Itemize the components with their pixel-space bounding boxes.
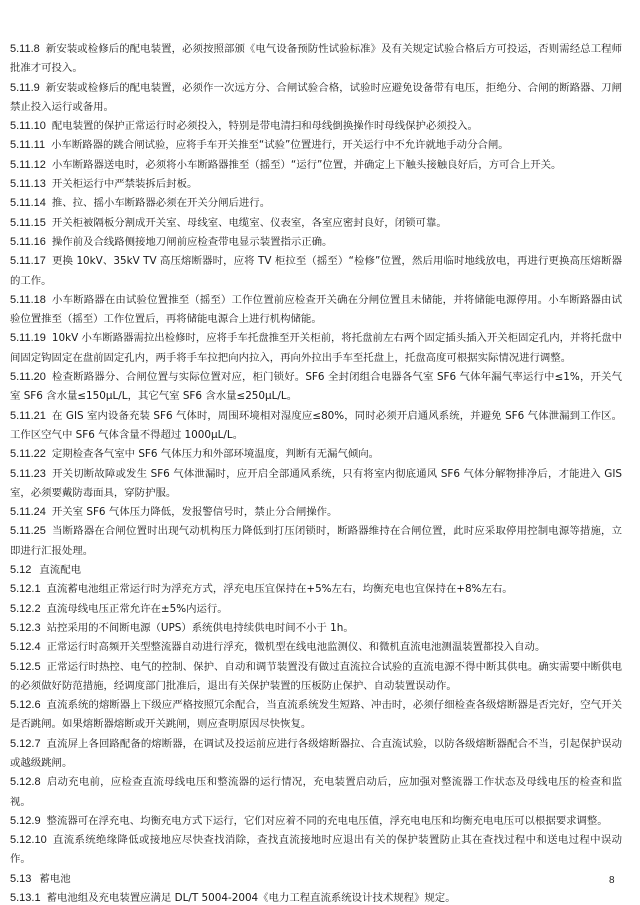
clause-5-11-15: 5.11.15开关柜被隔板分割成开关室、母线室、电缆室、仪表室，各室应密封良好，…	[10, 214, 622, 233]
clause-text: 当断路器在合闸位置时出现气动机构压力降低到打压闭锁时，断路器维持在合闸位置，此时…	[10, 525, 622, 556]
clause-5-11-25: 5.11.25当断路器在合闸位置时出现气动机构压力降低到打压闭锁时，断路器维持在…	[10, 522, 622, 561]
clause-text: 操作前及合线路侧接地刀闸前应检查带电显示装置指示正确。	[52, 236, 333, 248]
clause-number: 5.11.22	[10, 448, 46, 460]
clause-number: 5.11.8	[10, 43, 40, 55]
section-heading-5-13: 5.13蓄电池	[10, 870, 622, 889]
clause-text: 直流屏上各回路配备的熔断器，在调试及投运前应进行各级熔断器拉、合直流试验，以防各…	[10, 738, 622, 769]
clause-number: 5.11.23	[10, 468, 46, 480]
clause-text: 新安装或检修后的配电装置，必须按照部颁《电气设备预防性试验标准》及有关规定试验合…	[10, 43, 622, 74]
clause-5-12-2: 5.12.2直流母线电压正常允许在±5%内运行。	[10, 600, 622, 619]
section-number: 5.12	[10, 564, 31, 576]
clause-text: 正常运行时高频开关型整流器自动进行浮充，微机型在线电池监测仪、和微机直流电池测温…	[47, 641, 546, 653]
clause-number: 5.11.18	[10, 294, 46, 306]
clause-5-12-7: 5.12.7直流屏上各回路配备的熔断器，在调试及投运前应进行各级熔断器拉、合直流…	[10, 735, 622, 774]
clause-number: 5.11.24	[10, 506, 46, 518]
page-number: 8	[609, 875, 615, 886]
clause-number: 5.11.9	[10, 82, 40, 94]
clause-number: 5.11.12	[10, 159, 46, 171]
clause-5-11-17: 5.11.17更换 10kV、35kV TV 高压熔断器时，应将 TV 柜拉至（…	[10, 252, 622, 291]
clause-number: 5.12.3	[10, 622, 41, 634]
clause-text: 配电装置的保护正常运行时必须投入，特别是带电清扫和母线倒换操作时母线保护必须投入…	[52, 120, 478, 132]
clause-5-11-23: 5.11.23开关切断故障或发生 SF6 气体泄漏时，应开启全部通风系统，只有将…	[10, 465, 622, 504]
clause-number: 5.13.1	[10, 892, 41, 904]
clause-5-11-10: 5.11.10配电装置的保护正常运行时必须投入，特别是带电清扫和母线倒换操作时母…	[10, 117, 622, 136]
section-title: 直流配电	[39, 564, 81, 576]
clause-number: 5.12.8	[10, 776, 41, 788]
clause-5-11-14: 5.11.14推、拉、摇小车断路器必须在开关分闸后进行。	[10, 194, 622, 213]
clause-5-11-21: 5.11.21在 GIS 室内设备充装 SF6 气体时，周围环境相对湿度应≤80…	[10, 407, 622, 446]
clause-text: 直流系统的熔断器上下级应严格按照冗余配合，当直流系统发生短路、冲击时，必须仔细检…	[10, 699, 622, 730]
clause-5-11-18: 5.11.18小车断路器在由试验位置推至（摇至）工作位置前应检查开关确在分闸位置…	[10, 291, 622, 330]
clause-5-11-11: 5.11.11小车断路器的跳合闸试验，应将手车开关推至“试验”位置进行，开关运行…	[10, 136, 622, 155]
clause-5-11-16: 5.11.16操作前及合线路侧接地刀闸前应检查带电显示装置指示正确。	[10, 233, 622, 252]
clause-text: 蓄电池组及充电装置应满足 DL/T 5004-2004《电力工程直流系统设计技术…	[47, 892, 456, 904]
clause-number: 5.12.4	[10, 641, 41, 653]
clause-text: 直流蓄电池组正常运行时为浮充方式，浮充电压宜保持在+5%左右，均衡充电也宜保持在…	[47, 583, 513, 595]
clause-5-12-10: 5.12.10直流系统绝缘降低或接地应尽快查找消除，查找直流接地时应退出有关的保…	[10, 831, 622, 870]
clause-text: 直流系统绝缘降低或接地应尽快查找消除，查找直流接地时应退出有关的保护装置防止其在…	[10, 834, 622, 865]
clause-text: 小车断路器在由试验位置推至（摇至）工作位置前应检查开关确在分闸位置且未储能，并将…	[10, 294, 622, 325]
clause-text: 开关柜运行中严禁装拆后封板。	[52, 178, 197, 190]
clause-5-11-19: 5.11.1910kV 小车断路器需拉出检修时，应将手车托盘推至开关柜前，将托盘…	[10, 329, 622, 368]
clause-number: 5.12.1	[10, 583, 41, 595]
clause-number: 5.11.19	[10, 332, 46, 344]
clause-number: 5.12.10	[10, 834, 47, 846]
clause-text: 站控采用的不间断电源（UPS）系统供电持续供电时间不小于 1h。	[47, 622, 354, 634]
clause-number: 5.12.7	[10, 738, 41, 750]
clause-text: 更换 10kV、35kV TV 高压熔断器时，应将 TV 柜拉至（摇至）“检修”…	[10, 255, 622, 286]
clause-number: 5.12.2	[10, 603, 41, 615]
clause-text: 定期检查各气室中 SF6 气体压力和外部环境温度，判断有无漏气倾向。	[52, 448, 379, 460]
clause-text: 10kV 小车断路器需拉出检修时，应将手车托盘推至开关柜前，将托盘前左右两个固定…	[10, 332, 622, 363]
clause-5-11-9: 5.11.9新安装或检修后的配电装置，必须作一次远方分、合闸试验合格，试验时应避…	[10, 79, 622, 118]
document-page: 5.11.8新安装或检修后的配电装置，必须按照部颁《电气设备预防性试验标准》及有…	[10, 40, 622, 905]
section-heading-5-12: 5.12直流配电	[10, 561, 622, 580]
clause-number: 5.11.25	[10, 525, 46, 537]
clause-5-12-9: 5.12.9整流器可在浮充电、均衡充电方式下运行，它们对应着不同的充电电压值，浮…	[10, 812, 622, 831]
clause-text: 正常运行时热控、电气的控制、保护、自动和调节装置没有做过直流拉合试验的直流电源不…	[10, 661, 622, 692]
clause-5-12-4: 5.12.4正常运行时高频开关型整流器自动进行浮充，微机型在线电池监测仪、和微机…	[10, 638, 622, 657]
clause-number: 5.11.17	[10, 255, 46, 267]
clause-text: 推、拉、摇小车断路器必须在开关分闸后进行。	[52, 197, 270, 209]
clause-5-11-13: 5.11.13开关柜运行中严禁装拆后封板。	[10, 175, 622, 194]
section-title: 蓄电池	[39, 873, 70, 885]
clause-number: 5.12.9	[10, 815, 41, 827]
clause-5-12-6: 5.12.6直流系统的熔断器上下级应严格按照冗余配合，当直流系统发生短路、冲击时…	[10, 696, 622, 735]
clause-number: 5.11.15	[10, 217, 46, 229]
clause-number: 5.11.20	[10, 371, 46, 383]
clause-text: 小车断路器送电时，必须将小车断路器推至（摇至）“运行”位置，并确定上下触头接触良…	[52, 159, 562, 171]
clause-text: 检查断路器分、合闸位置与实际位置对应，柜门锁好。SF6 全封闭组合电器各气室 S…	[10, 371, 622, 402]
clause-5-11-20: 5.11.20检查断路器分、合闸位置与实际位置对应，柜门锁好。SF6 全封闭组合…	[10, 368, 622, 407]
clause-number: 5.11.13	[10, 178, 46, 190]
clause-number: 5.11.10	[10, 120, 46, 132]
clause-5-12-5: 5.12.5正常运行时热控、电气的控制、保护、自动和调节装置没有做过直流拉合试验…	[10, 658, 622, 697]
clause-number: 5.12.6	[10, 699, 41, 711]
clause-5-12-8: 5.12.8启动充电前，应检查直流母线电压和整流器的运行情况，充电装置启动后，应…	[10, 773, 622, 812]
clause-5-12-1: 5.12.1直流蓄电池组正常运行时为浮充方式，浮充电压宜保持在+5%左右，均衡充…	[10, 580, 622, 599]
clause-5-11-8: 5.11.8新安装或检修后的配电装置，必须按照部颁《电气设备预防性试验标准》及有…	[10, 40, 622, 79]
clause-number: 5.11.21	[10, 410, 46, 422]
clause-text: 启动充电前，应检查直流母线电压和整流器的运行情况，充电装置启动后，应加强对整流器…	[10, 776, 622, 807]
section-number: 5.13	[10, 873, 31, 885]
clause-text: 小车断路器的跳合闸试验，应将手车开关推至“试验”位置进行，开关运行中不允许就地手…	[51, 139, 509, 151]
clause-5-11-22: 5.11.22定期检查各气室中 SF6 气体压力和外部环境温度，判断有无漏气倾向…	[10, 445, 622, 464]
clause-number: 5.11.16	[10, 236, 46, 248]
clause-5-11-24: 5.11.24开关室 SF6 气体压力降低，发报警信号时，禁止分合闸操作。	[10, 503, 622, 522]
clause-text: 直流母线电压正常允许在±5%内运行。	[47, 603, 228, 615]
clause-text: 整流器可在浮充电、均衡充电方式下运行，它们对应着不同的充电电压值，浮充电电压和均…	[47, 815, 608, 827]
clause-5-12-3: 5.12.3站控采用的不间断电源（UPS）系统供电持续供电时间不小于 1h。	[10, 619, 622, 638]
clause-text: 开关柜被隔板分割成开关室、母线室、电缆室、仪表室，各室应密封良好，闭锁可靠。	[52, 217, 447, 229]
clause-text: 新安装或检修后的配电装置，必须作一次远方分、合闸试验合格，试验时应避免设备带有电…	[10, 82, 622, 113]
clause-text: 开关室 SF6 气体压力降低，发报警信号时，禁止分合闸操作。	[52, 506, 338, 518]
clause-number: 5.11.14	[10, 197, 46, 209]
clause-number: 5.11.11	[10, 139, 45, 151]
clause-number: 5.12.5	[10, 661, 41, 673]
clause-text: 在 GIS 室内设备充装 SF6 气体时，周围环境相对湿度应≤80%，同时必须开…	[10, 410, 622, 441]
clause-text: 开关切断故障或发生 SF6 气体泄漏时，应开启全部通风系统，只有将室内彻底通风 …	[10, 468, 622, 499]
clause-5-13-1: 5.13.1蓄电池组及充电装置应满足 DL/T 5004-2004《电力工程直流…	[10, 889, 622, 905]
clause-5-11-12: 5.11.12小车断路器送电时，必须将小车断路器推至（摇至）“运行”位置，并确定…	[10, 156, 622, 175]
